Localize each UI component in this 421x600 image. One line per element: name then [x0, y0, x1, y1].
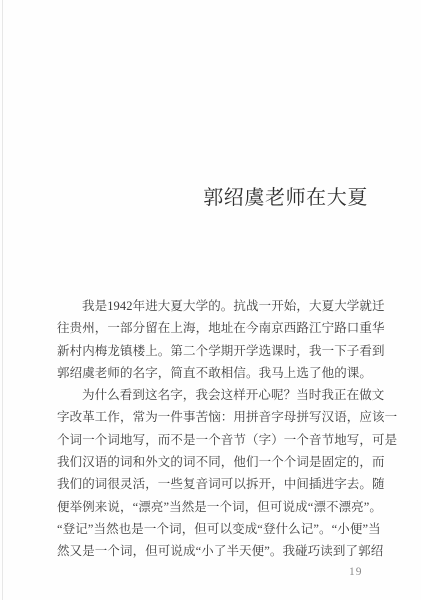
text-line: “登记”当然也是一个词，但可以变成“登什么记”。“小便”当	[57, 518, 370, 540]
book-page: 郭绍虞老师在大夏 我是1942年进大夏大学的。抗战一开始，大夏大学就迁 往贵州，…	[0, 0, 421, 600]
text-line: 个词一个词地写，而不是一个音节（字）一个音节地写，可是	[57, 429, 370, 451]
text-line: 字改革工作，常为一件事苦恼：用拼音字母拼写汉语，应该一	[57, 406, 370, 428]
text-line: 然又是一个词，但可说成“小了半天便”。我碰巧读到了郭绍	[57, 540, 370, 562]
text-line: 我们汉语的词和外文的词不同，他们一个个词是固定的，而	[57, 451, 370, 473]
text-line: 新村内梅龙镇楼上。第二个学期开学选课时，我一下子看到	[57, 340, 370, 362]
text-line: 往贵州，一部分留在上海，地址在今南京西路江宁路口重华	[57, 317, 370, 339]
text-line: 我是1942年进大夏大学的。抗战一开始，大夏大学就迁	[57, 295, 370, 317]
text-line: 我们的词很灵活，一些复音词可以拆开，中间插进字去。随	[57, 473, 370, 495]
page-number: 19	[349, 566, 363, 578]
chapter-title: 郭绍虞老师在大夏	[203, 181, 368, 210]
text-line: 为什么看到这名字，我会这样开心呢？当时我正在做文	[57, 384, 370, 406]
text-line: 便举例来说，“漂亮”当然是一个词，但可说成“漂不漂亮”。	[57, 496, 370, 518]
body-text: 我是1942年进大夏大学的。抗战一开始，大夏大学就迁 往贵州，一部分留在上海，地…	[57, 295, 370, 563]
scan-edge-line	[2, 0, 3, 600]
text-line: 郭绍虞老师的名字，简直不敢相信。我马上选了他的课。	[57, 362, 370, 384]
